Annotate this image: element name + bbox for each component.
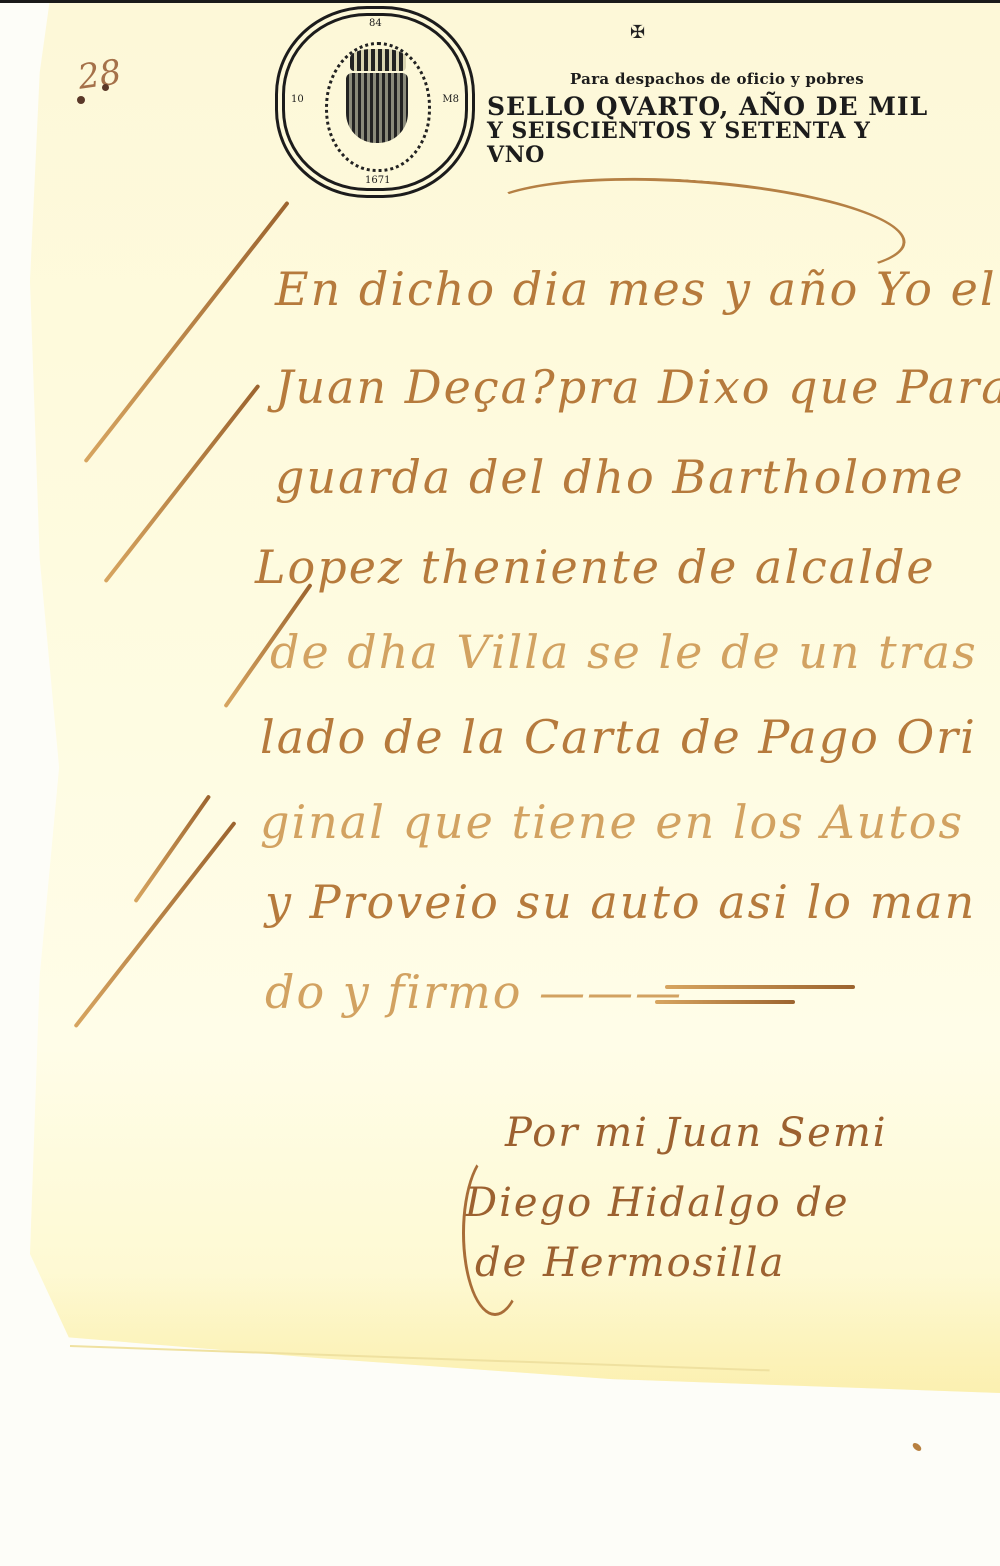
seal-number-top: 84 bbox=[369, 18, 382, 29]
scan-top-border bbox=[0, 0, 1000, 3]
shield-icon bbox=[346, 73, 408, 143]
handwritten-line: lado de la Carta de Pago Ori bbox=[260, 710, 977, 764]
handwritten-line: do y firmo ——— bbox=[265, 965, 683, 1019]
handwritten-line: de dha Villa se le de un tras bbox=[270, 625, 978, 679]
handwritten-line: guarda del dho Bartholome bbox=[275, 450, 965, 504]
royal-seal-stamp: 84 10 M8 1671 bbox=[275, 6, 475, 198]
stamp-title-line-2: Y SEISCIENTOS Y SETENTA Y bbox=[487, 119, 997, 143]
seal-number-right: M8 bbox=[442, 94, 459, 105]
folio-number: 28 bbox=[75, 52, 123, 98]
closing-rule bbox=[655, 1000, 795, 1004]
handwritten-line: En dicho dia mes y año Yo el s. bbox=[275, 262, 1000, 316]
closing-rule bbox=[665, 985, 855, 989]
crown-icon bbox=[350, 49, 406, 71]
signature-rubric bbox=[462, 1150, 528, 1316]
stamp-title-line-1: SELLO QVARTO, AÑO DE MIL bbox=[487, 95, 997, 119]
handwritten-line: Juan Deça?pra Dixo que Para en bbox=[275, 360, 1000, 414]
handwritten-line: ginal que tiene en los Autos bbox=[260, 795, 964, 849]
seal-number-bottom: 1671 bbox=[365, 175, 390, 186]
signature-line: Por mi Juan Semi bbox=[505, 1110, 888, 1156]
ink-spot bbox=[911, 1441, 923, 1452]
stamp-title-line-3: VNO bbox=[487, 143, 997, 167]
stamp-subtitle: Para despachos de oficio y pobres bbox=[570, 70, 864, 88]
stamp-title: SELLO QVARTO, AÑO DE MIL Y SEISCIENTOS Y… bbox=[487, 95, 997, 167]
handwritten-line: y Proveio su auto asi lo man bbox=[265, 875, 976, 929]
ink-blot bbox=[77, 96, 85, 104]
coat-of-arms-icon bbox=[325, 42, 431, 172]
seal-number-left: 10 bbox=[291, 94, 304, 105]
handwritten-line: Lopez theniente de alcalde bbox=[255, 540, 936, 594]
cross-icon: ✠ bbox=[630, 22, 645, 43]
ink-blot bbox=[102, 84, 109, 91]
